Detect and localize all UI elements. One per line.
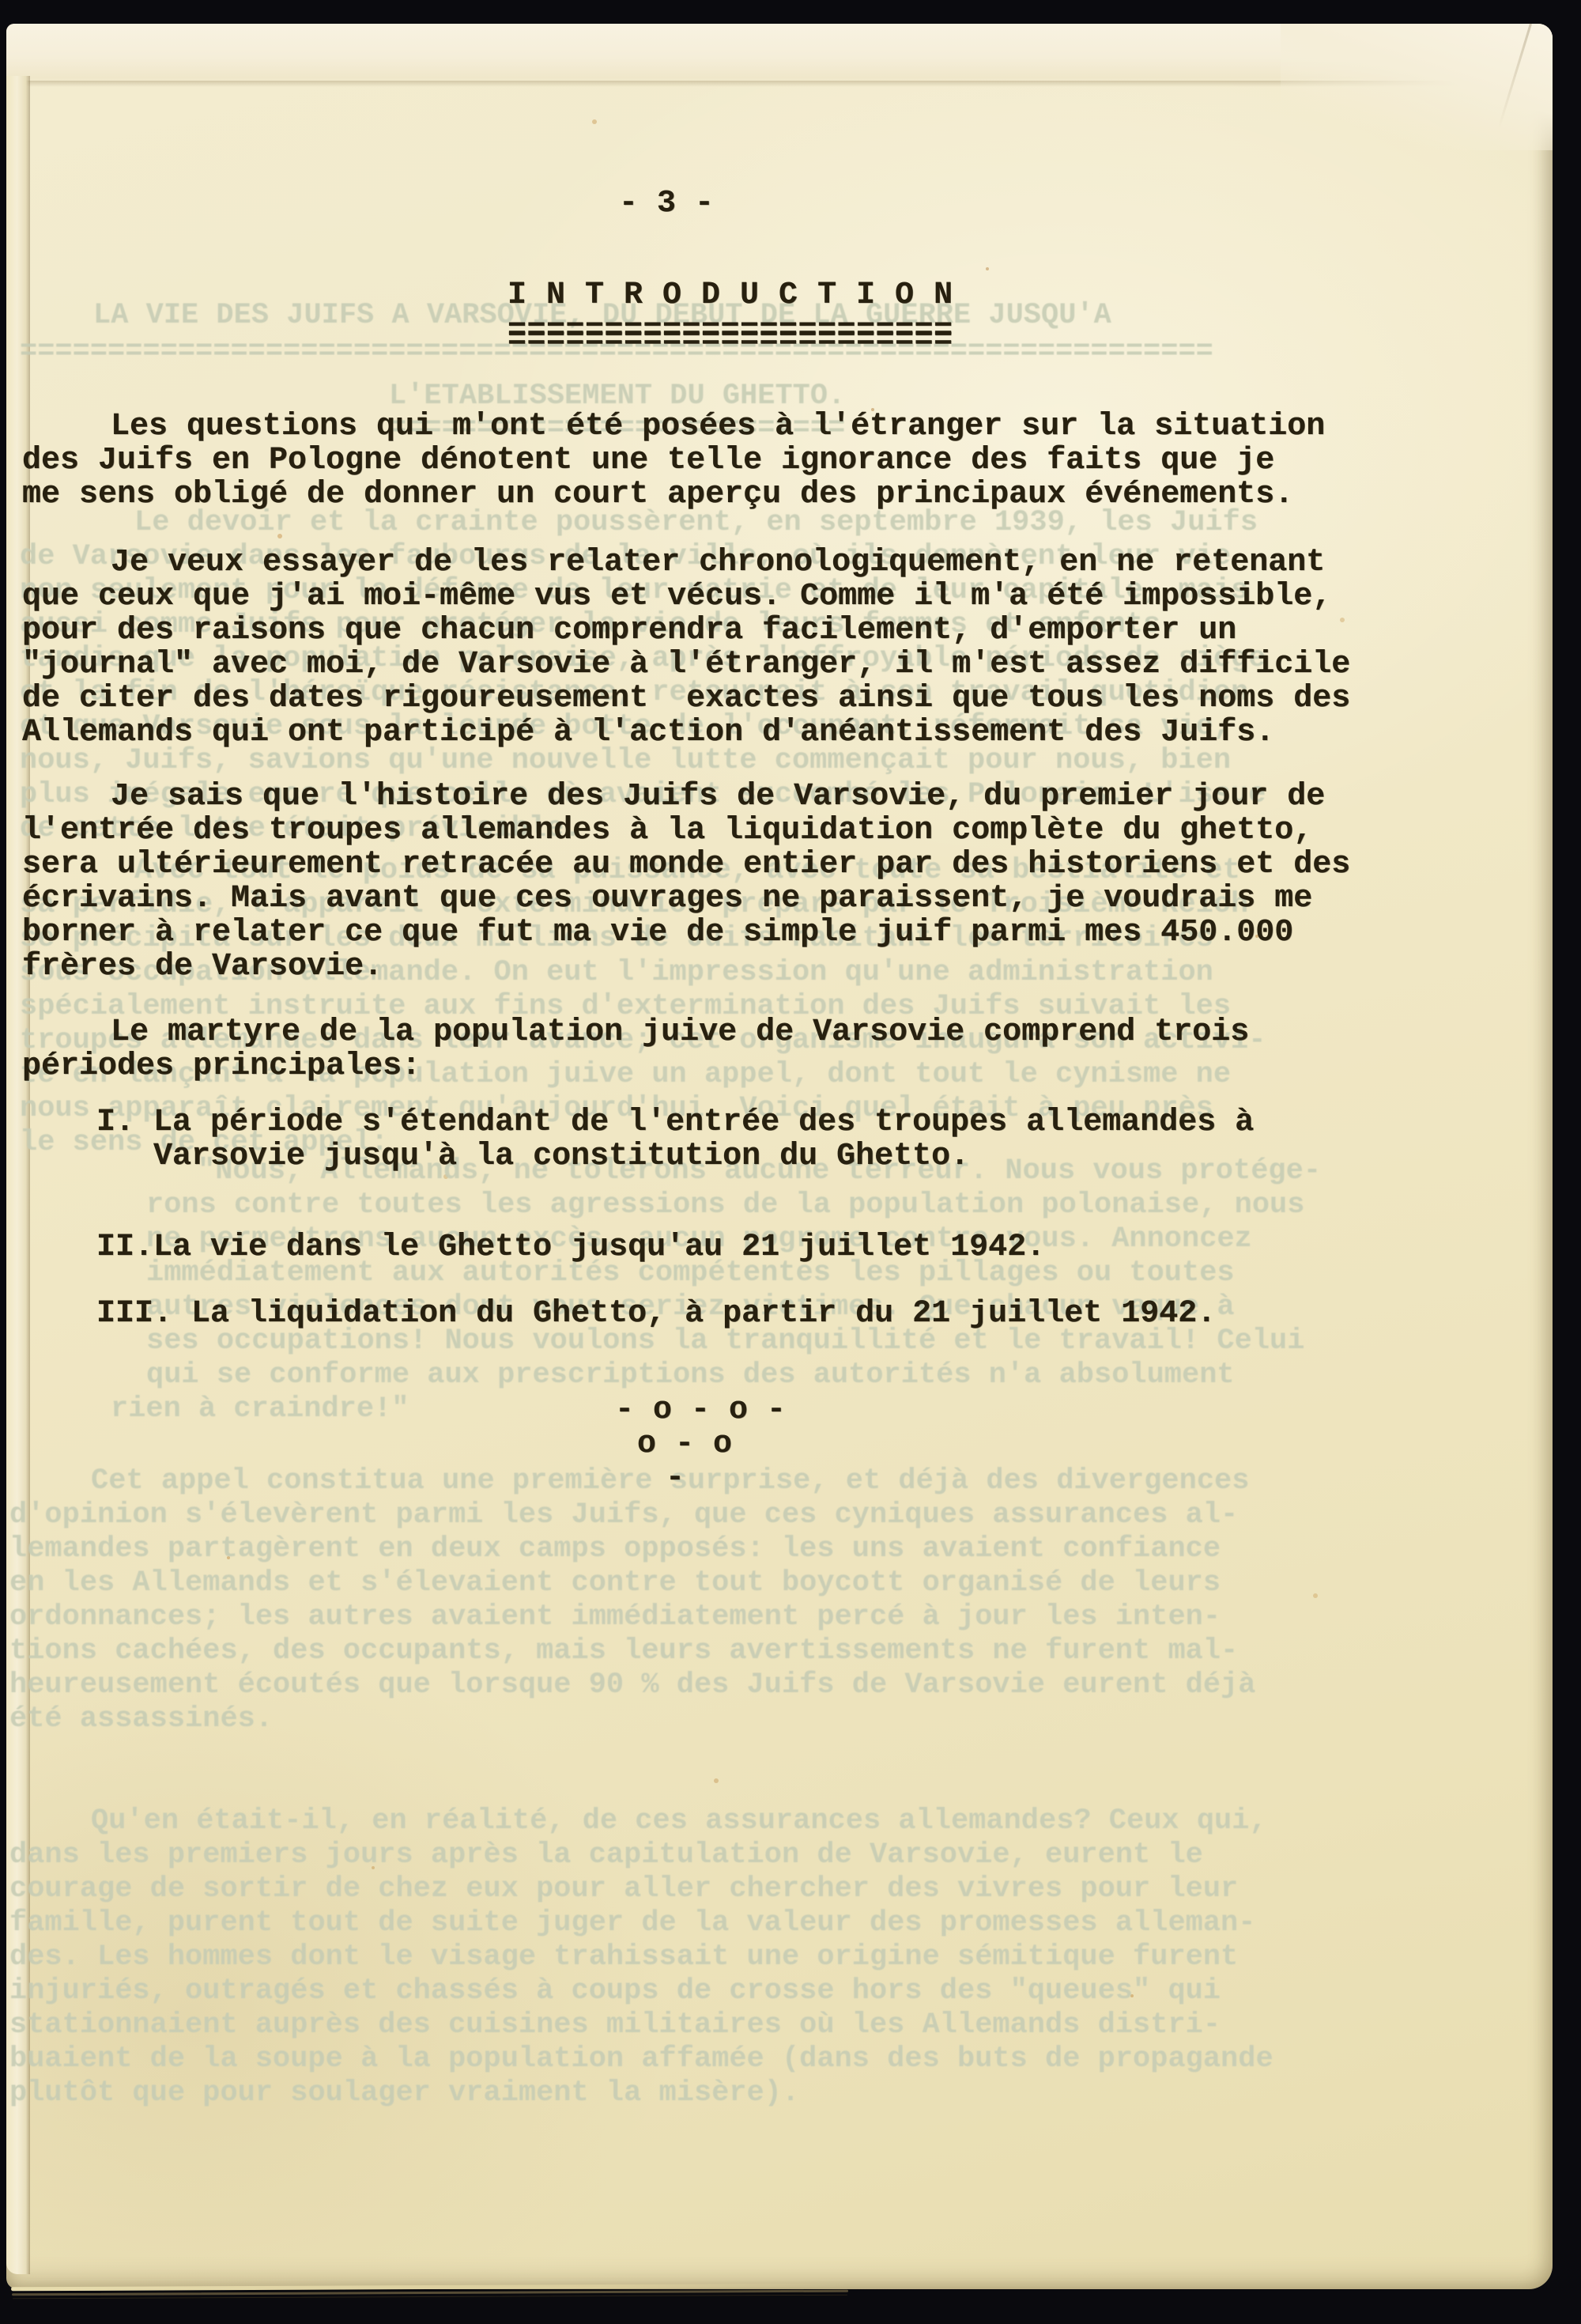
paragraph-line: Le martyre de la population juive de Var… bbox=[22, 1015, 1398, 1049]
paragraph-line: Je veux essayer de les relater chronolog… bbox=[22, 546, 1398, 580]
list-item-line: II.La vie dans le Ghetto jusqu'au 21 jui… bbox=[96, 1230, 1440, 1264]
paragraph-4: Le martyre de la population juive de Var… bbox=[22, 1015, 1398, 1083]
paragraph-line: que ceux que j'ai moi-même vus et vécus.… bbox=[22, 580, 1398, 614]
paragraph-line: écrivains. Mais avant que ces ouvrages n… bbox=[22, 882, 1398, 916]
title-underline: ======================= bbox=[508, 323, 953, 357]
paragraph-line: pour des raisons que chacun comprendra f… bbox=[22, 614, 1398, 648]
paragraph-line: des Juifs en Pologne dénotent une telle … bbox=[22, 444, 1398, 478]
paragraph-line: frères de Varsovie. bbox=[22, 950, 1398, 984]
document-title: I N T R O D U C T I O N bbox=[508, 278, 953, 312]
scanned-document: LA VIE DES JUIFS A VARSOVIE, DU DEBUT DE… bbox=[0, 0, 1581, 2324]
paragraph-line: Allemands qui ont participé à l'action d… bbox=[22, 716, 1398, 750]
section-separator: - bbox=[666, 1461, 685, 1495]
paragraph-3: Je sais que l'histoire des Juifs de Vars… bbox=[22, 780, 1398, 984]
paragraph-line: périodes principales: bbox=[22, 1049, 1398, 1083]
paragraph-line: Les questions qui m'ont été posées à l'é… bbox=[22, 410, 1398, 444]
list-item-1: I. La période s'étendant de l'entrée des… bbox=[96, 1105, 1440, 1173]
paragraph-line: de citer des dates rigoureusement exacte… bbox=[22, 682, 1398, 716]
paragraph-line: l'entrée des troupes allemandes à la liq… bbox=[22, 814, 1398, 848]
section-separator: o - o bbox=[637, 1427, 732, 1461]
typewritten-text-layer: - 3 - I N T R O D U C T I O N ==========… bbox=[0, 0, 1581, 2324]
paragraph-line: sera ultérieurement retracée au monde en… bbox=[22, 848, 1398, 882]
list-item-line: III. La liquidation du Ghetto, à partir … bbox=[96, 1297, 1440, 1331]
page-number: - 3 - bbox=[619, 187, 714, 221]
paragraph-line: borner à relater ce que fut ma vie de si… bbox=[22, 916, 1398, 950]
paragraph-1: Les questions qui m'ont été posées à l'é… bbox=[22, 410, 1398, 512]
paragraph-line: Je sais que l'histoire des Juifs de Vars… bbox=[22, 780, 1398, 814]
section-separator: - o - o - bbox=[615, 1393, 786, 1427]
list-item-2: II.La vie dans le Ghetto jusqu'au 21 jui… bbox=[96, 1230, 1440, 1264]
paragraph-line: "journal" avec moi, de Varsovie à l'étra… bbox=[22, 648, 1398, 682]
paragraph-2: Je veux essayer de les relater chronolog… bbox=[22, 546, 1398, 750]
list-item-line: Varsovie jusqu'à la constitution du Ghet… bbox=[96, 1139, 1440, 1173]
list-item-line: I. La période s'étendant de l'entrée des… bbox=[96, 1105, 1440, 1139]
list-item-3: III. La liquidation du Ghetto, à partir … bbox=[96, 1297, 1440, 1331]
paragraph-line: me sens obligé de donner un court aperçu… bbox=[22, 478, 1398, 512]
